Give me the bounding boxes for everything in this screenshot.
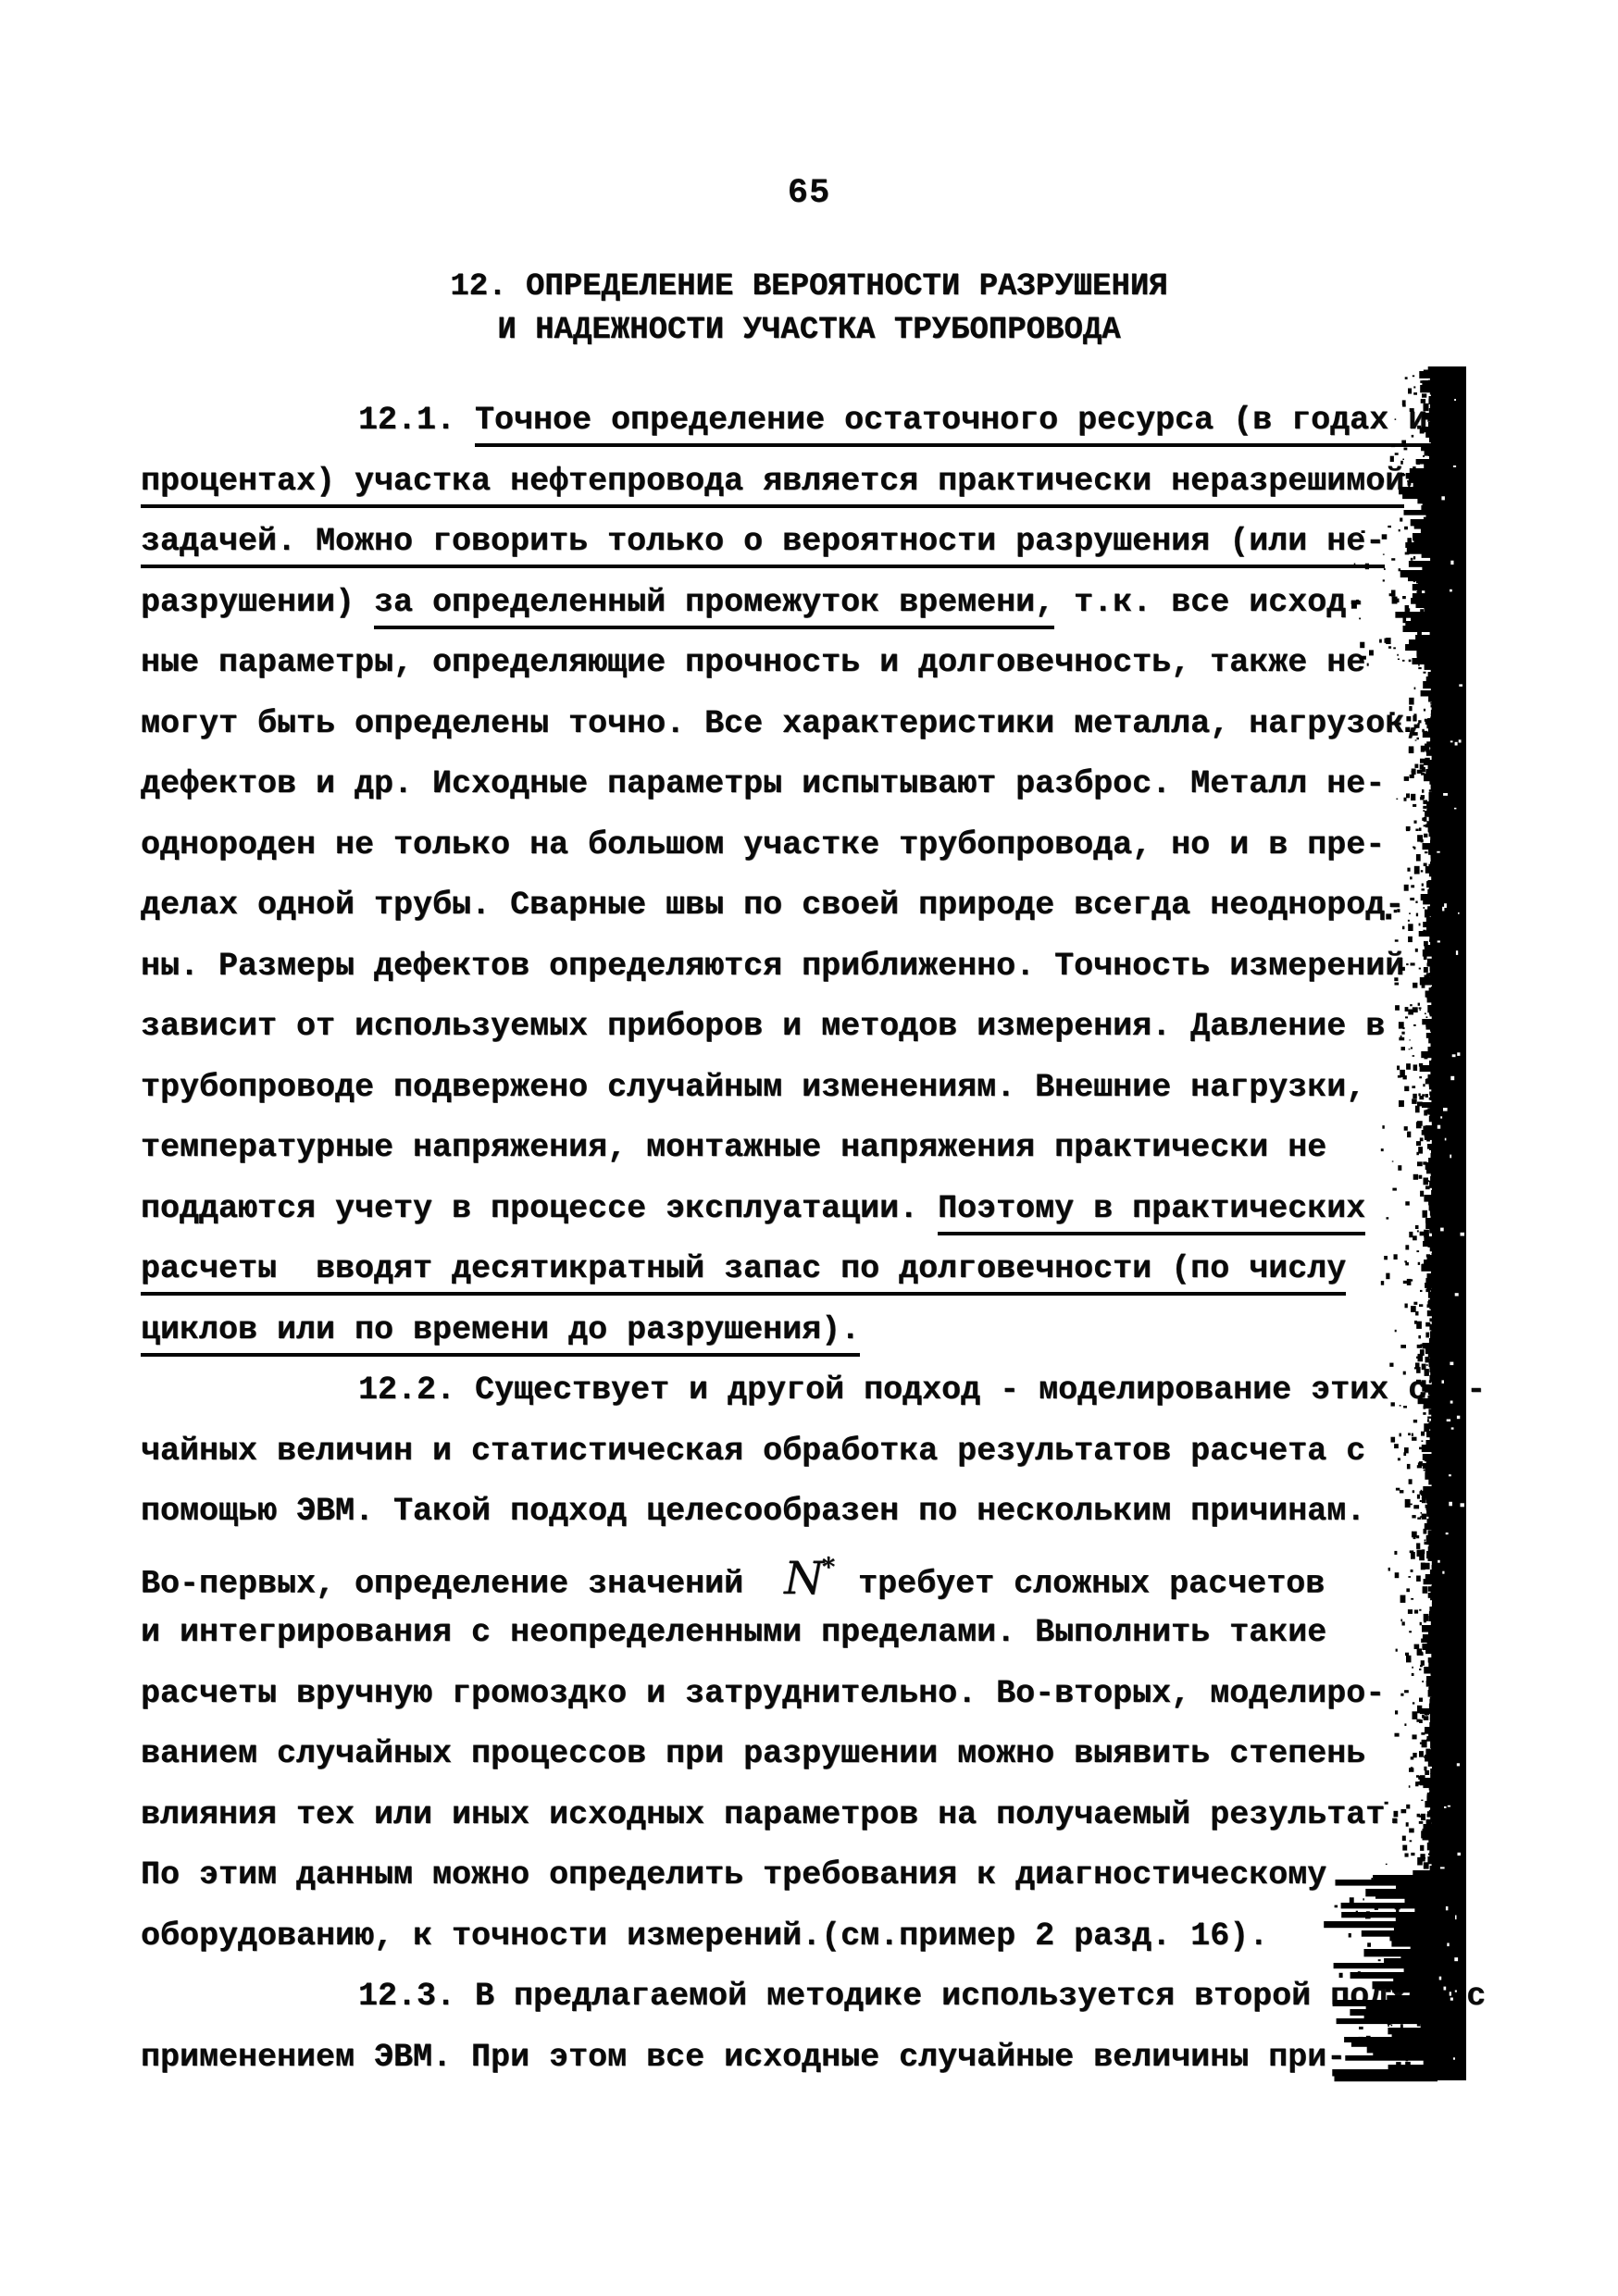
- noise-speck: [1419, 371, 1438, 379]
- text-segment: ванием случайных процессов при разрушени…: [141, 1735, 1365, 1772]
- math-symbol: *: [822, 1553, 835, 1582]
- text-line: расчеты вручную громоздко и затруднитель…: [141, 1664, 1618, 1725]
- text-segment: 12.1.: [358, 402, 475, 439]
- text-segment: 12.2. Существует и другой подход - модел…: [358, 1371, 1486, 1409]
- noise-speck: [1430, 376, 1438, 381]
- text-line: делах одной трубы. Сварные швы по своей …: [141, 875, 1618, 937]
- text-segment: однороден не только на большом участке т…: [141, 826, 1385, 863]
- text-segment: т.к. все исход-: [1054, 584, 1365, 621]
- text-line: чайных величин и статистическая обработк…: [141, 1421, 1618, 1483]
- text-line: однороден не только на большом участке т…: [141, 815, 1618, 876]
- text-line: 12.2. Существует и другой подход - модел…: [141, 1360, 1618, 1421]
- text-segment: делах одной трубы. Сварные швы по своей …: [141, 887, 1404, 924]
- text-segment: требует сложных расчетов: [839, 1565, 1325, 1602]
- text-line: процентах) участка нефтепровода является…: [141, 452, 1618, 513]
- text-line: трубопроводе подвержено случайным измене…: [141, 1058, 1618, 1119]
- noise-speck: [1428, 381, 1431, 383]
- text-line: разрушении) за определенный промежуток в…: [141, 573, 1618, 634]
- text-line: 12.1. Точное определение остаточного рес…: [141, 391, 1618, 452]
- text-line: и интегрирования с неопределенными преде…: [141, 1603, 1618, 1664]
- section-title-line-1: 12. ОПРЕДЕЛЕНИЕ ВЕРОЯТНОСТИ РАЗРУШЕНИЯ: [0, 269, 1618, 304]
- text-line: 12.3. В предлагаемой методике использует…: [141, 1967, 1618, 2028]
- text-segment: разрушении): [141, 584, 374, 621]
- text-line: ванием случайных процессов при разрушени…: [141, 1724, 1618, 1785]
- text-line: помощью ЭВМ. Такой подход целесообразен …: [141, 1482, 1618, 1543]
- noise-speck: [1428, 380, 1431, 382]
- text-segment: температурные напряжения, монтажные напр…: [141, 1129, 1326, 1166]
- math-symbol: N: [782, 1552, 826, 1605]
- noise-speck: [1425, 380, 1427, 383]
- text-segment: задачей. Можно говорить только о вероятн…: [141, 523, 1385, 568]
- noise-speck: [1420, 380, 1424, 383]
- scanned-document-page: 65 12. ОПРЕДЕЛЕНИЕ ВЕРОЯТНОСТИ РАЗРУШЕНИ…: [0, 0, 1618, 2296]
- text-segment: ны. Размеры дефектов определяются прибли…: [141, 948, 1404, 985]
- text-segment: помощью ЭВМ. Такой подход целесообразен …: [141, 1493, 1365, 1530]
- noise-speck: [1405, 377, 1408, 379]
- text-line: По этим данным можно определить требован…: [141, 1845, 1618, 1906]
- text-segment: По этим данным можно определить требован…: [141, 1856, 1326, 1893]
- text-line: применением ЭВМ. При этом все исходные с…: [141, 2028, 1618, 2089]
- noise-speck: [1425, 386, 1426, 389]
- noise-speck: [1423, 385, 1426, 390]
- text-line: температурные напряжения, монтажные напр…: [141, 1118, 1618, 1179]
- page-number: 65: [0, 174, 1618, 213]
- text-segment: расчеты вручную громоздко и затруднитель…: [141, 1675, 1385, 1712]
- text-line: задачей. Можно говорить только о вероятн…: [141, 512, 1618, 573]
- text-segment: могут быть определены точно. Все характе…: [141, 705, 1424, 742]
- noise-speck: [1429, 375, 1434, 379]
- text-segment: процентах) участка нефтепровода является…: [141, 463, 1404, 508]
- text-line: расчеты вводят десятикратный запас по до…: [141, 1239, 1618, 1300]
- text-segment: ные параметры, определяющие прочность и …: [141, 644, 1365, 681]
- text-line: Во-первых, определение значений N* требу…: [141, 1543, 1618, 1604]
- noise-speck: [1422, 380, 1438, 387]
- text-line: могут быть определены точно. Все характе…: [141, 694, 1618, 755]
- noise-speck: [1424, 370, 1429, 374]
- text-segment: чайных величин и статистическая обработк…: [141, 1433, 1365, 1470]
- text-line: циклов или по времени до разрушения).: [141, 1300, 1618, 1361]
- text-line: поддаются учету в процессе эксплуатации.…: [141, 1179, 1618, 1240]
- text-segment: дефектов и др. Исходные параметры испыты…: [141, 765, 1385, 802]
- text-segment: циклов или по времени до разрушения).: [141, 1311, 860, 1357]
- text-segment: расчеты вводят десятикратный запас по до…: [141, 1250, 1346, 1296]
- text-segment: Во-первых, определение значений: [141, 1565, 782, 1602]
- text-segment: Поэтому в практических: [938, 1190, 1365, 1235]
- text-segment: трубопроводе подвержено случайным измене…: [141, 1069, 1365, 1106]
- section-title-line-2: И НАДЕЖНОСТИ УЧАСТКА ТРУБОПРОВОДА: [0, 313, 1618, 348]
- text-segment: и интегрирования с неопределенными преде…: [141, 1614, 1326, 1651]
- text-segment: за определенный промежуток времени,: [374, 584, 1054, 629]
- text-line: дефектов и др. Исходные параметры испыты…: [141, 754, 1618, 815]
- text-line: влияния тех или иных исходных параметров…: [141, 1785, 1618, 1846]
- text-segment: оборудованию, к точности измерений.(см.п…: [141, 1917, 1268, 1955]
- body-text: 12.1. Точное определение остаточного рес…: [141, 391, 1618, 2088]
- noise-speck: [1425, 374, 1427, 378]
- text-line: ны. Размеры дефектов определяются прибли…: [141, 937, 1618, 998]
- text-segment: 12.3. В предлагаемой методике использует…: [358, 1978, 1486, 2015]
- text-segment: влияния тех или иных исходных параметров…: [141, 1796, 1404, 1833]
- text-segment: применением ЭВМ. При этом все исходные с…: [141, 2039, 1346, 2076]
- text-line: ные параметры, определяющие прочность и …: [141, 633, 1618, 694]
- noise-speck: [1413, 386, 1415, 388]
- noise-speck: [1432, 369, 1437, 376]
- noise-speck: [1428, 380, 1433, 386]
- text-line: зависит от используемых приборов и метод…: [141, 997, 1618, 1058]
- noise-speck: [1428, 366, 1438, 372]
- text-line: оборудованию, к точности измерений.(см.п…: [141, 1906, 1618, 1967]
- text-segment: поддаются учету в процессе эксплуатации.: [141, 1190, 938, 1227]
- noise-speck: [1413, 375, 1414, 377]
- text-segment: зависит от используемых приборов и метод…: [141, 1008, 1385, 1045]
- text-segment: Точное определение остаточного ресурса (…: [475, 402, 1466, 447]
